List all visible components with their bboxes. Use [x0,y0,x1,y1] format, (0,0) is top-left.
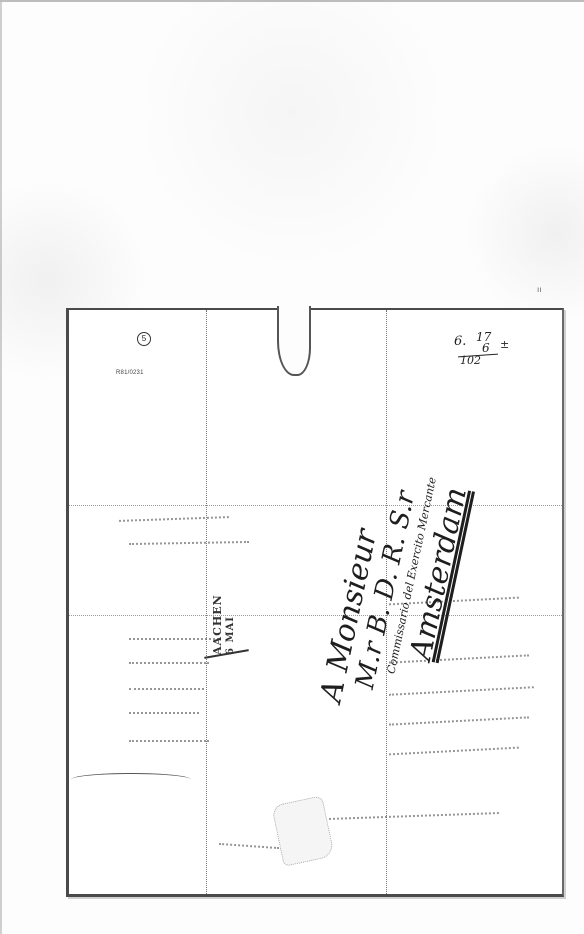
bleed-through-text [219,843,279,851]
bleed-through-text [129,688,204,692]
bleed-through-text [129,638,219,642]
bleed-through-text [129,712,199,716]
bleed-through-text [389,716,529,727]
corner-mark: ıı [537,285,541,294]
torn-notch [277,306,311,376]
rate-whole: 6. [454,334,466,349]
address-script: A Monsieur M.r B. D. R. S.r Commissario … [329,463,473,662]
rate-denominator: 6 [482,341,490,355]
vertical-fold-line [206,310,207,894]
letter-sheet: 5 R81/0231 6. 17 6 ± 102 AACHEN 6 MAI [66,308,564,897]
stray-pen-stroke [71,773,191,786]
catalogue-number: R81/0231 [116,370,144,376]
bleed-through-text [329,812,499,822]
bleed-through-text [119,516,229,524]
horizontal-fold-line [69,505,562,506]
bleed-through-text [129,662,209,666]
bleed-through-text [129,740,209,744]
bleed-through-text [389,747,519,758]
rate-total: 102 [460,354,481,367]
circled-archive-number: 5 [137,332,151,346]
scanned-page: ıı 5 R81/0231 6. 17 6 ± 102 [0,0,584,934]
bleed-through-text [389,686,534,698]
address-block: A Monsieur M.r B. D. R. S.r Commissario … [219,510,379,770]
wax-seal-residue [271,795,335,866]
postage-rate-note: 6. 17 6 ± 102 [454,330,544,370]
rate-plus-minus: ± [500,338,509,351]
